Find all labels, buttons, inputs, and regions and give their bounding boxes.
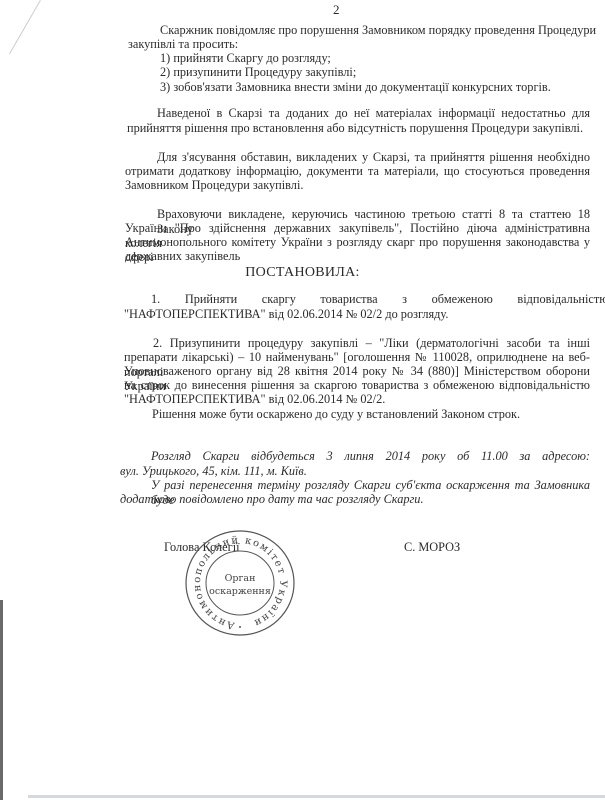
hearing-line-4: додатково повідомлено про дату та час ро… (120, 492, 424, 507)
scan-artifact (9, 0, 41, 54)
paragraph-2-line-1: Наведеної в Скарзі та доданих до неї мат… (157, 106, 590, 121)
paragraph-1-line-1: Скаржник повідомляє про порушення Замовн… (160, 23, 596, 38)
request-item-1: 1) прийняти Скаргу до розгляду; (160, 51, 331, 66)
official-stamp: Антимонопольний комітет України Орган ос… (180, 525, 300, 637)
signatory-name: С. МОРОЗ (404, 540, 460, 555)
decision-1-line-1: 1. Прийняти скаргу товариства з обмежено… (151, 292, 590, 307)
paragraph-4-line-4: державних закупівель (125, 249, 240, 264)
stamp-inner-line-2: оскарження (209, 586, 271, 597)
document-page: 2 Скаржник повідомляє про порушення Замо… (0, 0, 605, 800)
decision-2-line-5: "НАФТОПЕРСПЕКТИВА" від 02.06.2014 № 02/2… (124, 392, 385, 407)
paragraph-1-line-2: закупівлі та просить: (128, 37, 238, 52)
hearing-line-2: вул. Урицького, 45, кім. 111, м. Київ. (120, 464, 307, 479)
paragraph-2-line-2: прийняття рішення про встановлення або в… (127, 121, 583, 136)
decision-2-line-1: 2. Призупинити процедуру закупівлі – "Лі… (153, 336, 590, 351)
stamp-seal-icon: Антимонопольний комітет України Орган ос… (180, 525, 300, 637)
request-item-2: 2) призупинити Процедуру закупівлі; (160, 65, 356, 80)
paragraph-3-line-2: отримати додаткову інформацію, документи… (125, 164, 590, 179)
scan-edge-bottom (28, 795, 605, 798)
decision-1-line-2: "НАФТОПЕРСПЕКТИВА" від 02.06.2014 № 02/2… (124, 307, 448, 322)
appeal-note: Рішення може бути оскаржено до суду у вс… (152, 407, 520, 422)
request-item-3: 3) зобов'язати Замовника внести зміни до… (160, 80, 551, 95)
scan-edge-left (0, 600, 3, 800)
stamp-inner-line-1: Орган (225, 573, 256, 584)
paragraph-3-line-1: Для з'ясування обставин, викладених у Ск… (157, 150, 590, 165)
hearing-line-1: Розгляд Скарги відбудеться 3 липня 2014 … (151, 449, 590, 464)
paragraph-3-line-3: Замовником Процедури закупівлі. (125, 178, 303, 193)
decision-2-line-4: на строк до винесення рішення за скаргою… (124, 378, 590, 393)
decision-heading: ПОСТАНОВИЛА: (0, 265, 605, 281)
page-number: 2 (333, 2, 340, 18)
